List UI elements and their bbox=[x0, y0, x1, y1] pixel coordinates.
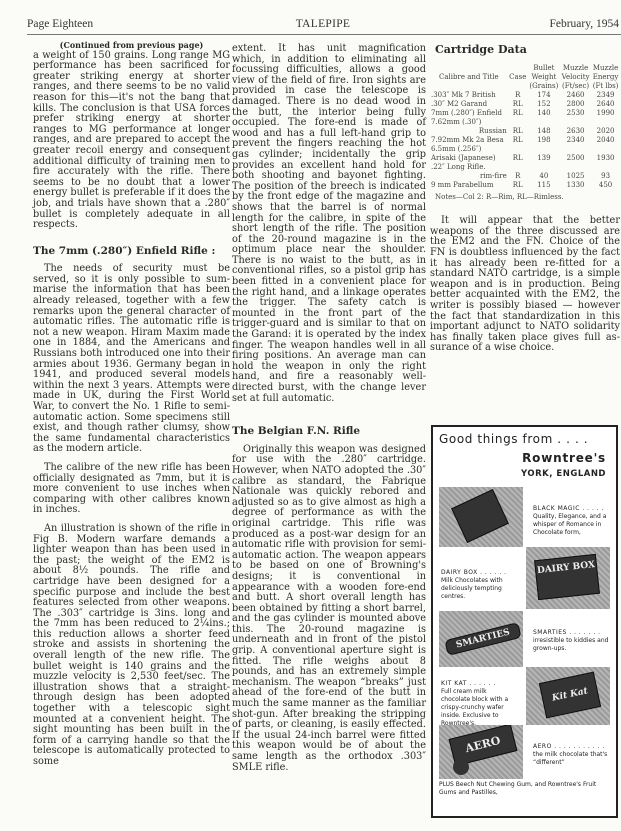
cell-weight bbox=[528, 145, 560, 154]
cartridge-table-body: .303″ Mk 7 BritishR17424602349.30″ M2 Ga… bbox=[430, 91, 620, 190]
cell-velocity: 2530 bbox=[560, 109, 591, 118]
cell-energy: 1990 bbox=[591, 109, 620, 118]
cell-title: 9 mm Parabellum bbox=[430, 181, 508, 190]
cell-title: 7.62mm (.30″) bbox=[430, 118, 508, 127]
cell-energy: 450 bbox=[591, 181, 620, 190]
chocolate-piece-icon bbox=[453, 759, 469, 775]
table-row: 7.92mm Mk 2a BesaRL19823402040 bbox=[430, 136, 620, 145]
header-cell: Muzzle bbox=[591, 64, 620, 73]
product-desc: Full cream milk chocolate block with a c… bbox=[441, 688, 508, 727]
section-heading-fn: The Belgian F.N. Rifle bbox=[232, 426, 426, 437]
header-cell bbox=[430, 82, 508, 91]
header-cell bbox=[430, 64, 508, 73]
article-column-3: Cartridge Data Bullet Muzzle Muzzle Cali… bbox=[430, 40, 620, 354]
header-cell bbox=[508, 82, 528, 91]
table-header-row: (Grains) (Ft/sec) (Ft lbs) bbox=[430, 82, 620, 91]
ad-brand: Rowntree's bbox=[522, 451, 606, 465]
ad-item-kit-kat: KIT KAT . . . . . . Full cream milk choc… bbox=[441, 680, 517, 728]
paragraph: The needs of security must be served, so… bbox=[33, 264, 230, 455]
cell-weight: 140 bbox=[528, 109, 560, 118]
cell-energy: 2040 bbox=[591, 136, 620, 145]
cell-weight: 198 bbox=[528, 136, 560, 145]
product-desc: irresistible to kiddies and grown-ups. bbox=[533, 637, 608, 652]
cell-title: .303″ Mk 7 British bbox=[430, 91, 508, 100]
cell-title: 7.92mm Mk 2a Besa bbox=[430, 136, 508, 145]
product-name: AERO . . . . . . . . . . . bbox=[533, 743, 605, 750]
cell-energy bbox=[591, 118, 620, 127]
cell-energy: 2349 bbox=[591, 91, 620, 100]
smarties-tube-icon: SMARTIES bbox=[444, 622, 522, 656]
paragraph: The calibre of the new rifle has been of… bbox=[33, 463, 230, 516]
table-row: rim-fireR40102593 bbox=[430, 172, 620, 181]
cell-velocity bbox=[560, 163, 591, 172]
header-cell bbox=[508, 64, 528, 73]
chocolate-box-icon bbox=[451, 489, 509, 543]
cell-velocity bbox=[560, 145, 591, 154]
rowntrees-advertisement: Good things from . . . . Rowntree's YORK… bbox=[431, 425, 618, 818]
table-row: 7.62mm (.30″) bbox=[430, 118, 620, 127]
header-cell: (Ft lbs) bbox=[591, 82, 620, 91]
publication-title: TALEPIPE bbox=[27, 18, 619, 30]
table-row: .30″ M2 GarandRL15228002640 bbox=[430, 100, 620, 109]
cell-title: Russian bbox=[430, 127, 508, 136]
cell-velocity: 1025 bbox=[560, 172, 591, 181]
product-desc: Quality, Elegance, and a whisper of Roma… bbox=[533, 513, 606, 536]
cell-weight bbox=[528, 118, 560, 127]
header-cell: Calibre and Title bbox=[430, 73, 508, 82]
product-desc: the milk chocolate that's “different” bbox=[533, 751, 607, 766]
header-cell: Velocity bbox=[560, 73, 591, 82]
cell-velocity: 2500 bbox=[560, 154, 591, 163]
kit-kat-photo: Kit Kat bbox=[526, 667, 610, 725]
paragraph: Originally this weapon was de­signed for… bbox=[232, 445, 426, 773]
cell-velocity: 1330 bbox=[560, 181, 591, 190]
cell-weight: 148 bbox=[528, 127, 560, 136]
article-column-1: (Continued from previous page) a weight … bbox=[33, 40, 230, 768]
paragraph: An illustration is shown of the rifle in… bbox=[33, 524, 230, 768]
cell-weight: 174 bbox=[528, 91, 560, 100]
ad-item-aero: AERO . . . . . . . . . . . the milk choc… bbox=[533, 743, 609, 767]
table-row: 6.5mm (.256″) bbox=[430, 145, 620, 154]
table-header-row: Calibre and Title Case Weight Velocity E… bbox=[430, 73, 620, 82]
table-row: .303″ Mk 7 BritishR17424602349 bbox=[430, 91, 620, 100]
issue-date: February, 1954 bbox=[549, 18, 619, 30]
ad-location: YORK, ENGLAND bbox=[521, 469, 606, 479]
black-magic-photo bbox=[439, 487, 523, 547]
cell-case: R bbox=[508, 91, 528, 100]
section-heading-enfield: The 7mm (.280″) Enfield Rifle : bbox=[33, 246, 230, 257]
header-cell: Case bbox=[508, 73, 528, 82]
cartridge-data-title: Cartridge Data bbox=[435, 45, 620, 56]
header-cell: Energy bbox=[591, 73, 620, 82]
aero-photo: AERO bbox=[439, 725, 523, 779]
chocolate-box-icon: DAIRY BOX bbox=[534, 554, 600, 600]
cell-case: RL bbox=[508, 100, 528, 109]
cell-case: R bbox=[508, 172, 528, 181]
cell-case: RL bbox=[508, 181, 528, 190]
table-row: 7mm (.280″) EnfieldRL14025301990 bbox=[430, 109, 620, 118]
cell-title: 6.5mm (.256″) bbox=[430, 145, 508, 154]
cell-velocity: 2340 bbox=[560, 136, 591, 145]
paragraph: a weight of 150 grains. Long range MG pe… bbox=[33, 51, 230, 231]
table-header-row: Bullet Muzzle Muzzle bbox=[430, 64, 620, 73]
product-desc: Milk Chocolates with deliciously temptin… bbox=[441, 577, 503, 600]
cell-weight: 152 bbox=[528, 100, 560, 109]
cell-energy: 93 bbox=[591, 172, 620, 181]
smarties-photo: SMARTIES bbox=[439, 611, 523, 667]
cell-title: rim-fire bbox=[430, 172, 508, 181]
cell-weight bbox=[528, 163, 560, 172]
product-name: BLACK MAGIC . . . . . bbox=[533, 505, 604, 512]
dairy-box-photo: DAIRY BOX bbox=[526, 547, 610, 609]
table-notes: Notes—Col 2: R—Rim, RL—Rimless. bbox=[435, 192, 620, 203]
cell-energy: 2020 bbox=[591, 127, 620, 136]
cell-case: RL bbox=[508, 154, 528, 163]
cell-velocity: 2630 bbox=[560, 127, 591, 136]
table-row: RussianRL14826302020 bbox=[430, 127, 620, 136]
cell-title: 7mm (.280″) Enfield bbox=[430, 109, 508, 118]
cell-velocity: 2460 bbox=[560, 91, 591, 100]
header-cell: Bullet bbox=[528, 64, 560, 73]
cell-case: RL bbox=[508, 109, 528, 118]
kit-kat-wrapper-icon: Kit Kat bbox=[539, 672, 601, 719]
cartridge-data-table: Bullet Muzzle Muzzle Calibre and Title C… bbox=[430, 64, 620, 190]
header-rule bbox=[27, 34, 621, 35]
ad-tagline: Good things from . . . . bbox=[439, 432, 588, 446]
header-cell: Weight bbox=[528, 73, 560, 82]
continued-note: (Continued from previous page) bbox=[33, 40, 230, 51]
ad-item-black-magic: BLACK MAGIC . . . . . Quality, Elegance,… bbox=[533, 505, 609, 537]
cell-title: Arisaki (Japanese) bbox=[430, 154, 508, 163]
cell-title: .30″ M2 Garand bbox=[430, 100, 508, 109]
product-name: SMARTIES . . . . . . . bbox=[533, 629, 601, 636]
table-row: .22″ Long Rifle. bbox=[430, 163, 620, 172]
page-header: Page Eighteen TALEPIPE February, 1954 bbox=[27, 18, 619, 32]
cell-energy bbox=[591, 163, 620, 172]
header-cell: (Ft/sec) bbox=[560, 82, 591, 91]
header-cell: (Grains) bbox=[528, 82, 560, 91]
ad-item-smarties: SMARTIES . . . . . . . irresistible to k… bbox=[533, 629, 609, 653]
cell-case bbox=[508, 118, 528, 127]
product-name: DAIRY BOX . . . . . . bbox=[441, 569, 507, 576]
cell-weight: 40 bbox=[528, 172, 560, 181]
article-column-2: extent. It has unit magnification which,… bbox=[232, 40, 426, 773]
cell-title: .22″ Long Rifle. bbox=[430, 163, 508, 172]
cell-case bbox=[508, 145, 528, 154]
cell-case: RL bbox=[508, 136, 528, 145]
cell-weight: 139 bbox=[528, 154, 560, 163]
cell-case bbox=[508, 163, 528, 172]
cell-velocity bbox=[560, 118, 591, 127]
table-row: 9 mm ParabellumRL1151330450 bbox=[430, 181, 620, 190]
ad-plus-line: PLUS Beech Nut Chewing Gum, and Rowntree… bbox=[439, 781, 611, 797]
product-name: KIT KAT . . . . . . bbox=[441, 680, 496, 687]
ad-item-dairy-box: DAIRY BOX . . . . . . Milk Chocolates wi… bbox=[441, 569, 517, 601]
cell-weight: 115 bbox=[528, 181, 560, 190]
cell-energy: 2640 bbox=[591, 100, 620, 109]
cell-case: RL bbox=[508, 127, 528, 136]
table-row: Arisaki (Japanese)RL13925001930 bbox=[430, 154, 620, 163]
cell-energy: 1930 bbox=[591, 154, 620, 163]
cell-energy bbox=[591, 145, 620, 154]
cell-velocity: 2800 bbox=[560, 100, 591, 109]
paragraph: It will appear that the better weapons o… bbox=[430, 216, 620, 354]
paragraph: extent. It has unit magnification which,… bbox=[232, 44, 426, 404]
header-cell: Muzzle bbox=[560, 64, 591, 73]
